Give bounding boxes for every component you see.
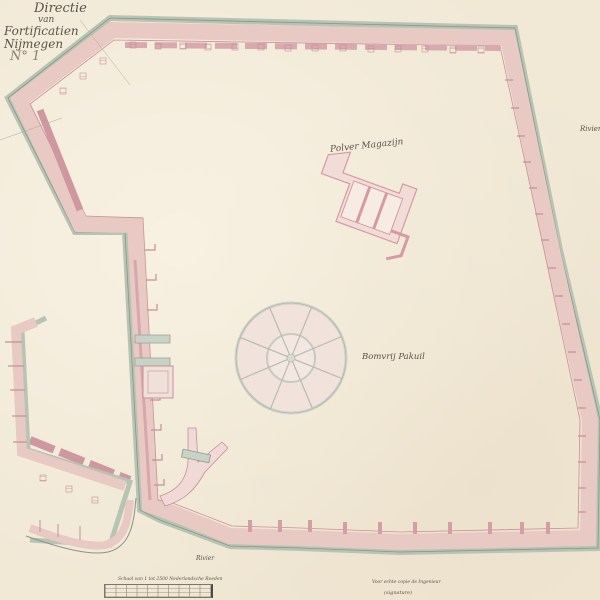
firing-steps-top (60, 42, 484, 94)
scale-caption: Schaal van 1 tot 2500 Nederlandsche Roed… (118, 577, 222, 582)
curved-passage (160, 428, 228, 506)
scale-bar (104, 584, 213, 598)
map-sheet: Directie van Fortificatien Nijmegen N° 1… (0, 0, 600, 600)
signature-line-1: Voor echte copie de Ingenieur (372, 580, 441, 585)
label-bombproof-building: Bomvrij Pakuil (362, 352, 425, 362)
title-line-3: Fortificatien (4, 25, 87, 38)
label-right-edge: Rivier (580, 125, 600, 133)
map-title: Directie van Fortificatien Nijmegen N° 1 (4, 2, 87, 64)
bombproof-round-building (236, 303, 346, 413)
fortification-plan (0, 0, 600, 600)
title-line-1: Directie (4, 2, 87, 16)
west-outwork (5, 318, 136, 553)
powder-magazine (302, 145, 429, 263)
map-number: N° 1 (4, 50, 87, 64)
label-bottom-note: Rivier (196, 555, 214, 562)
signature-line-2: (signature) (384, 590, 412, 596)
